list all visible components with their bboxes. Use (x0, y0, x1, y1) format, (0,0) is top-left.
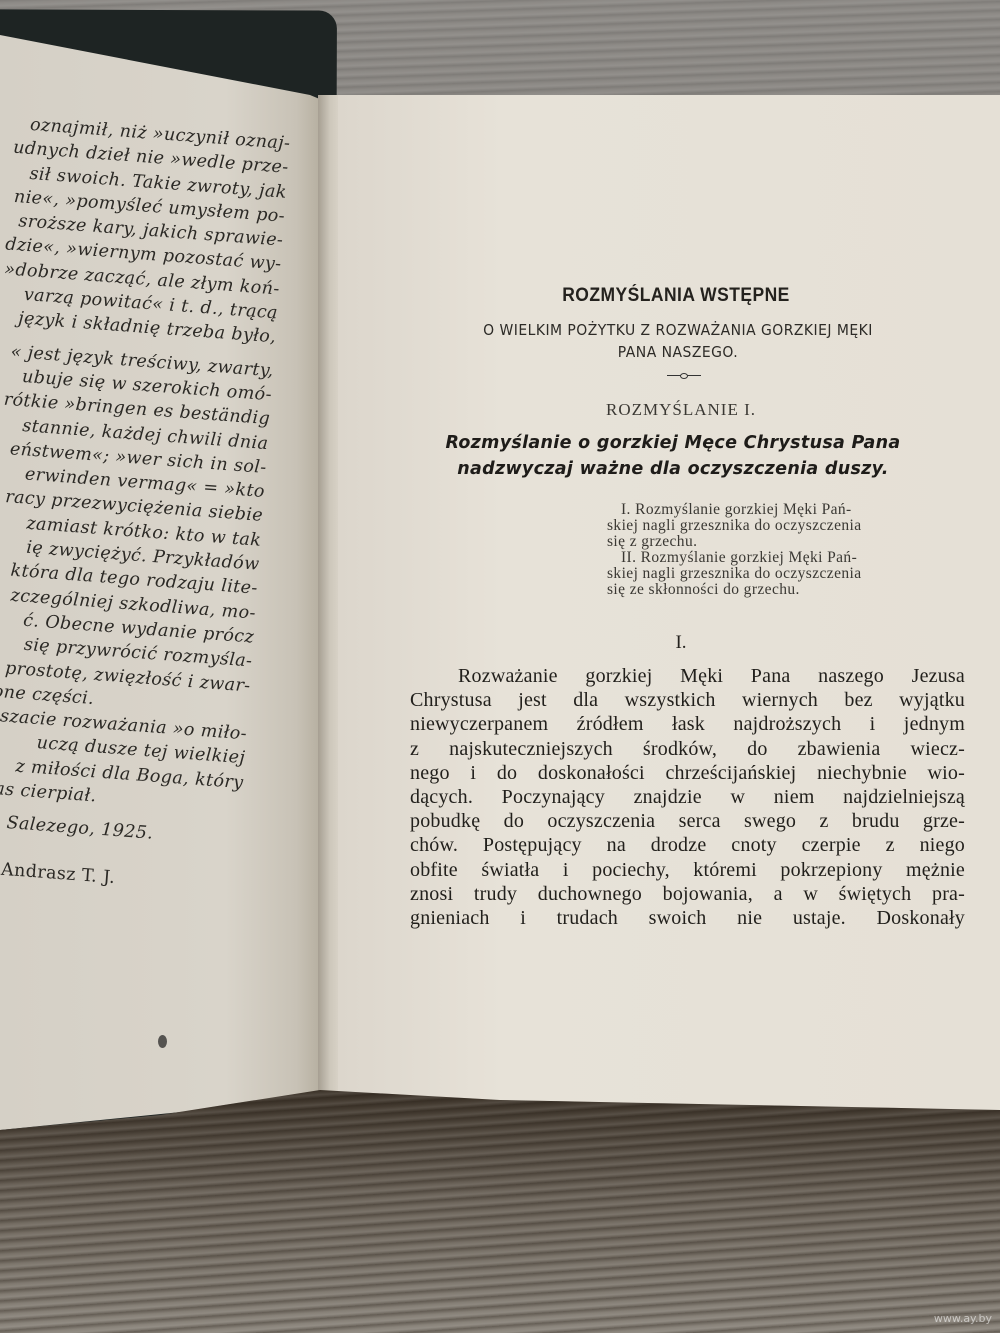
section-number: I. (390, 632, 972, 654)
chapter-heading: ROZMYŚLANIE I. (390, 400, 972, 420)
summary-line: II. Rozmyślanie gorzkiej Męki Pań- (607, 550, 947, 566)
ink-spot (158, 1035, 167, 1048)
right-page-content: ROZMYŚLANIA WSTĘPNE O WIELKIM POŻYTKU Z … (360, 285, 972, 930)
chapter-title-line: Rozmyślanie o gorzkiej Męce Chrystusa Pa… (374, 430, 972, 456)
summary-line: się z grzechu. (607, 534, 947, 550)
summary-line: się ze skłonności do grzechu. (607, 582, 947, 598)
subtitle-line: PANA NASZEGO. (405, 341, 952, 363)
subtitle-line: O WIELKIM POŻYTKU Z ROZWAŻANIA GORZKIEJ … (405, 319, 952, 341)
chapter-title: Rozmyślanie o gorzkiej Męce Chrystusa Pa… (374, 430, 972, 482)
body-line: obfite światła i pociechy, któremi pokrz… (410, 858, 965, 882)
page-title: ROZMYŚLANIA WSTĘPNE (404, 285, 949, 307)
summary-line: skiej nagli grzesznika do oczyszczenia (607, 566, 947, 582)
chapter-title-line: nadzwyczaj ważne dla oczyszczenia duszy. (374, 456, 972, 482)
body-line: gnieniach i trudach swoich nie ustaje. D… (410, 906, 965, 930)
body-line: z najskuteczniejszych środków, do zbawie… (410, 737, 965, 761)
body-line: nego i do doskonałości chrześcijańskiej … (410, 761, 965, 785)
chapter-summary: I. Rozmyślanie gorzkiej Męki Pań- skiej … (607, 502, 947, 598)
summary-line: skiej nagli grzesznika do oczyszczenia (607, 518, 947, 534)
body-line: znosi trudy duchownego bojowania, a w św… (410, 882, 965, 906)
body-line: Rozważanie gorzkiej Męki Pana naszego Je… (410, 664, 965, 688)
body-line: dących. Poczynający znajdzie w niem najd… (410, 785, 965, 809)
body-paragraph: Rozważanie gorzkiej Męki Pana naszego Je… (410, 664, 965, 930)
watermark: www.ay.by (934, 1312, 992, 1325)
body-line: niewyczerpanem źródłem łask najdroższych… (410, 712, 965, 736)
summary-line: I. Rozmyślanie gorzkiej Męki Pań- (607, 502, 947, 518)
body-line: pobudkę do oczyszczenia serca swego z br… (410, 809, 965, 833)
body-line: Chrystusa jest dla wszystkich wiernych b… (410, 688, 965, 712)
wooden-table-foreground (0, 1090, 1000, 1333)
ornament-divider (667, 375, 701, 376)
page-subtitle: O WIELKIM POŻYTKU Z ROZWAŻANIA GORZKIEJ … (405, 319, 952, 363)
body-line: chów. Postępujący na drodze cnoty czerpi… (410, 833, 965, 857)
